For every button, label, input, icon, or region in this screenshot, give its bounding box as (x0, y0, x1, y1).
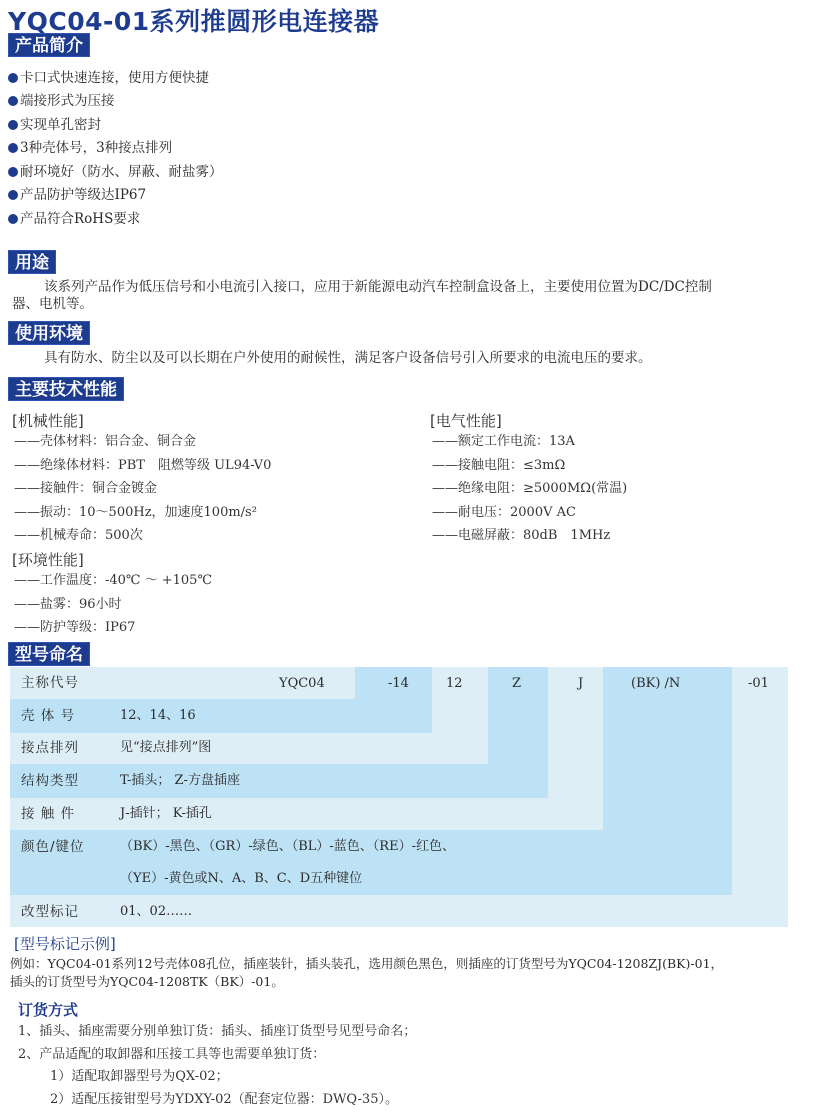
row-value-contact: J-插针； K-插孔 (120, 806, 212, 822)
row-value-shell-number: 12、14、16 (120, 708, 196, 724)
row-label-main-code: 主称代号 (21, 675, 79, 691)
example-text-line2: 插头的订货型号为YQC04-1208TK（BK）-01。 (10, 973, 284, 990)
row-value-contact-arrangement: 见“接点排列”图 (120, 740, 211, 756)
row-value-structure-type: T-插头； Z-方盘插座 (120, 773, 240, 789)
ordering-sub-item: 1）适配取卸器型号为QX-02； (18, 1066, 416, 1089)
row-label-contact-arrangement: 接点排列 (21, 740, 79, 756)
ordering-item: 1、插头、插座需要分别单独订货：插头、插座订货型号见型号命名； (18, 1021, 416, 1044)
example-text-line1: 例如：YQC04-01系列12号壳体08孔位，插座装针，插头装孔，选用颜色黑色，… (10, 955, 723, 972)
code-part-color-key: (BK) /N (631, 676, 680, 692)
ordering-heading: 订货方式 (18, 999, 78, 1020)
row-label-color-key: 颜色/键位 (21, 839, 85, 855)
row-label-contact: 接 触 件 (21, 806, 75, 822)
row-value-color-key-line1: （BK）-黑色、（GR）-绿色、（BL）-蓝色、（RE）-红色、 (120, 839, 455, 855)
model-naming-table: YQC04 -14 12 Z J (BK) /N -01 主称代号 壳 体 号 … (0, 0, 840, 1118)
example-heading: [型号标记示例] (14, 933, 116, 954)
code-part-contact-arrangement: 12 (446, 676, 463, 692)
ordering-sub-item: 2）适配压接钳型号为YDXY-02（配套定位器：DWQ-35）。 (18, 1089, 416, 1112)
row-value-modification: 01、02…… (120, 904, 192, 920)
code-part-contact: J (578, 676, 583, 692)
code-part-modification: -01 (748, 676, 769, 692)
code-part-structure: Z (512, 676, 521, 692)
table-block-structure-row (10, 764, 548, 798)
row-label-modification: 改型标记 (21, 904, 79, 920)
ordering-list: 1、插头、插座需要分别单独订货：插头、插座订货型号见型号命名； 2、产品适配的取… (18, 1021, 416, 1111)
code-part-prefix: YQC04 (279, 676, 325, 692)
code-part-shell: -14 (388, 676, 409, 692)
ordering-item: 2、产品适配的取卸器和压接工具等也需要单独订货： (18, 1044, 416, 1067)
row-label-shell-number: 壳 体 号 (21, 708, 75, 724)
row-label-structure-type: 结构类型 (21, 773, 79, 789)
row-value-color-key-line2: （YE）-黄色或N、A、B、C、D五种键位 (120, 871, 362, 887)
